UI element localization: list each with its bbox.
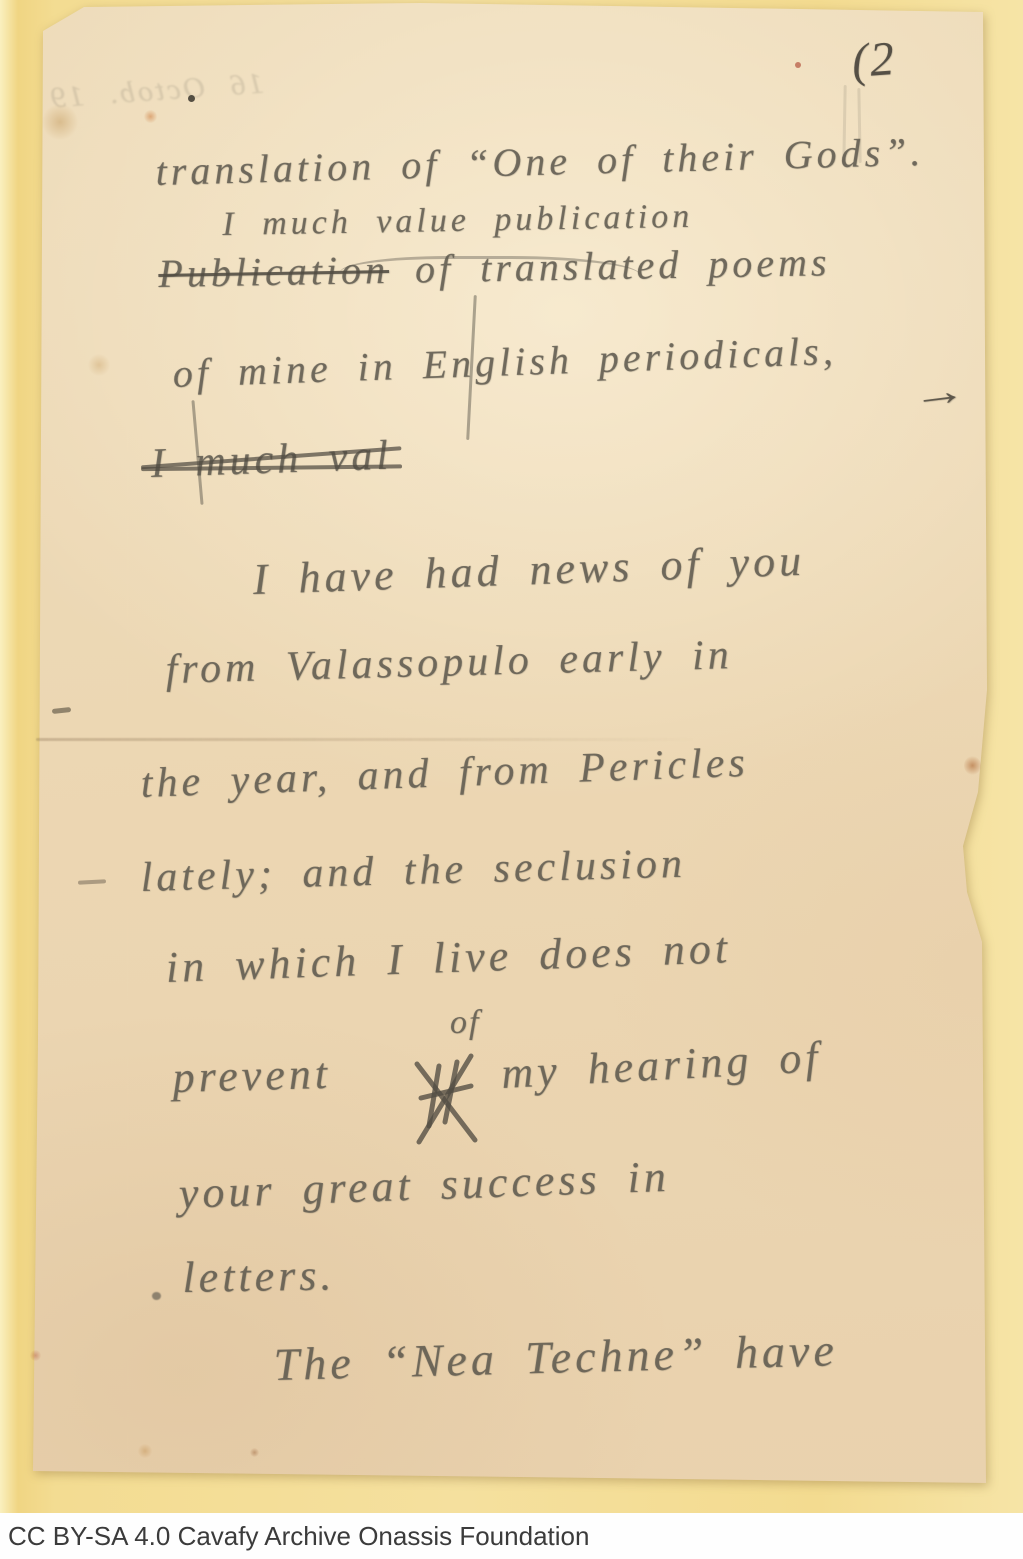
handwritten-line-5: I much val xyxy=(150,432,393,488)
stain xyxy=(88,354,110,376)
stray-pencil-dot xyxy=(152,1292,161,1300)
handwritten-line-13: letters. xyxy=(182,1249,336,1303)
stain xyxy=(964,756,981,775)
attribution-bar: CC BY-SA 4.0 Cavafy Archive Onassis Foun… xyxy=(0,1513,1023,1559)
handwritten-line-11-part-a: prevent xyxy=(172,1048,332,1103)
stain xyxy=(250,1448,259,1457)
stain xyxy=(42,103,78,141)
stain xyxy=(144,110,157,123)
stain xyxy=(138,1444,152,1458)
attribution-text: CC BY-SA 4.0 Cavafy Archive Onassis Foun… xyxy=(0,1521,589,1552)
scan-backdrop: 16 Octob. 19 (2 translation of “One of t… xyxy=(0,0,1023,1559)
fold-crease xyxy=(36,738,696,741)
ink-speck xyxy=(188,95,195,102)
page-number: (2 xyxy=(850,31,898,89)
inserted-word-of: of xyxy=(450,1004,480,1042)
crossed-out-phrase: I much val xyxy=(150,432,393,488)
insertion-arrow-mark: → xyxy=(909,365,974,419)
stain xyxy=(30,1350,41,1361)
scribble-crossout xyxy=(405,1042,487,1147)
ink-speck xyxy=(795,62,801,68)
